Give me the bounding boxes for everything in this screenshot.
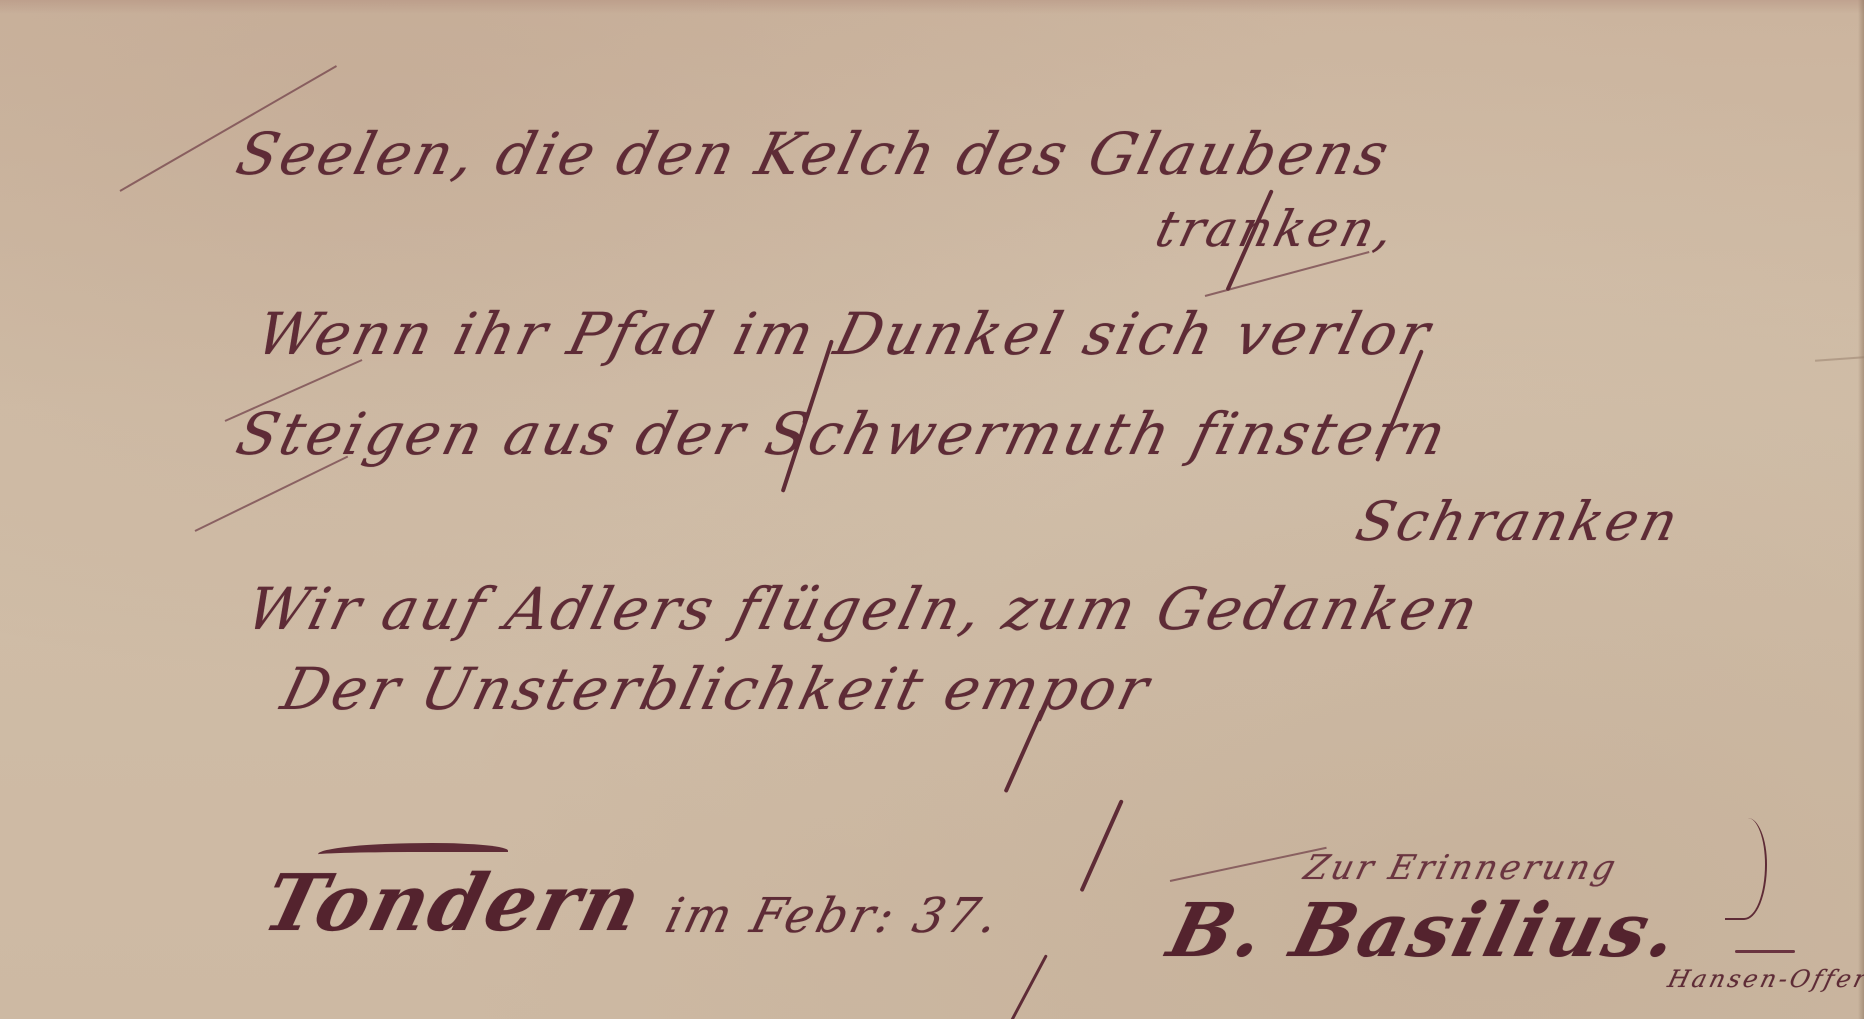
poem-line-1-continuation: tranken, bbox=[1150, 200, 1402, 258]
poem-line-3: Steigen aus der Schwermuth finstern bbox=[230, 400, 1455, 468]
document-page: Seelen, die den Kelch des Glaubens trank… bbox=[0, 0, 1864, 1019]
poem-line-5: Der Unsterblichkeit empor bbox=[275, 655, 1158, 723]
dedication-text: Zur Erinnerung bbox=[1300, 848, 1622, 888]
poem-line-2: Wenn ihr Pfad im Dunkel sich verlor bbox=[250, 300, 1439, 368]
signature-underline bbox=[1735, 950, 1795, 953]
paper-crease bbox=[1815, 356, 1864, 361]
descender-stroke bbox=[1010, 954, 1048, 1019]
poem-line-3-continuation: Schranken bbox=[1350, 490, 1687, 553]
signature: B. Basilius. bbox=[1160, 888, 1689, 974]
corner-note: Hansen-Offert bbox=[1665, 965, 1864, 993]
paper-stain bbox=[0, 0, 1864, 14]
dedication-flourish bbox=[1725, 818, 1767, 920]
place-name: Tondern bbox=[255, 858, 652, 949]
poem-line-4: Wir auf Adlers flügeln, zum Gedanken bbox=[240, 575, 1487, 643]
poem-line-1: Seelen, die den Kelch des Glaubens bbox=[230, 120, 1398, 188]
paper-edge bbox=[1858, 0, 1864, 1019]
descender-stroke bbox=[1079, 799, 1123, 892]
date-text: im Febr: 37. bbox=[660, 888, 1007, 944]
